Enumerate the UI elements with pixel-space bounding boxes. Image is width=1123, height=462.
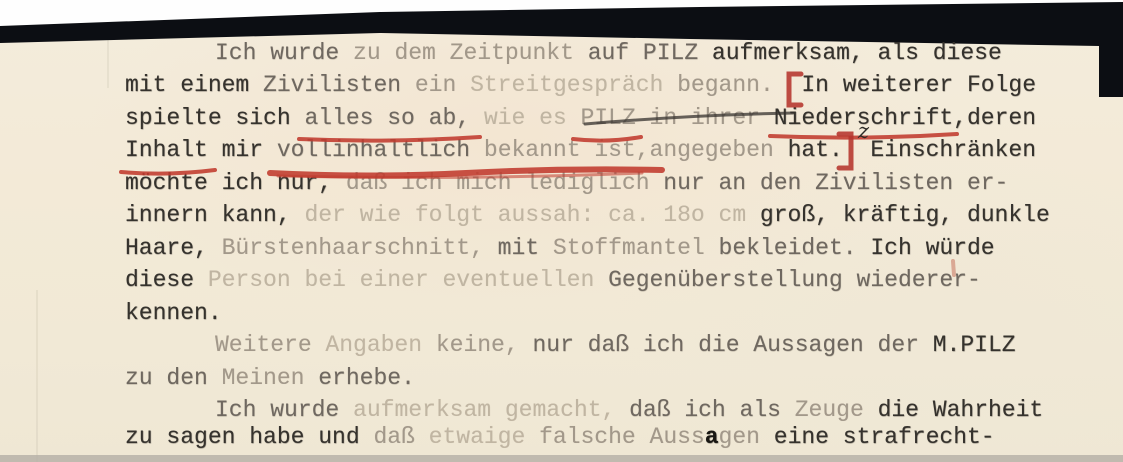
red-bracket-open-mark [789,74,801,105]
red-tick-mark [953,261,954,275]
red-underline-pilz [573,137,641,141]
red-underline-alles-so-ab [299,137,480,141]
handwritten-z-mark: z [857,119,870,143]
red-underline-inhalt [121,170,215,174]
annotation-marks-layer: z [0,0,1123,462]
pen-line-mark [585,113,793,124]
scanned-document-photo: Ich wurde zu dem Zeitpunkt auf PILZ aufm… [0,0,1123,462]
